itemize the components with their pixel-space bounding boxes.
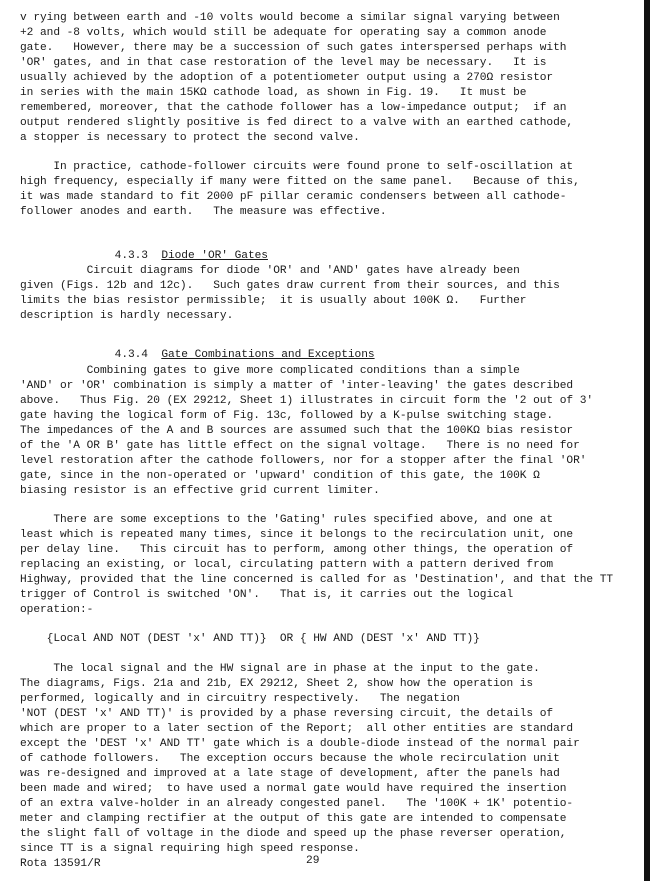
text-line: Combining gates to give more complicated…: [20, 364, 520, 379]
text-line: biasing resistor is an effective grid cu…: [20, 484, 380, 499]
document-reference: Rota 13591/R: [20, 858, 101, 870]
text-line: of the 'A OR B' gate has little effect o…: [20, 439, 580, 454]
text-line: in series with the main 15KΩ cathode loa…: [20, 86, 526, 101]
text-line: 'NOT (DEST 'x' AND TT)' is provided by a…: [20, 707, 553, 722]
text-line: output rendered slightly positive is fed…: [20, 116, 573, 131]
text-line: In practice, cathode-follower circuits w…: [20, 160, 573, 175]
text-line: least which is repeated many times, sinc…: [20, 528, 573, 543]
text-line: follower anodes and earth. The measure w…: [20, 205, 387, 220]
scan-edge: [644, 0, 650, 881]
page-number: 29: [306, 855, 319, 867]
text-line: usually achieved by the adoption of a po…: [20, 71, 553, 86]
text-line: which are proper to a later section of t…: [20, 722, 573, 737]
text-line: a stopper is necessary to protect the se…: [20, 131, 360, 146]
text-line: per delay line. This circuit has to perf…: [20, 543, 573, 558]
text-line: level restoration after the cathode foll…: [20, 454, 586, 469]
text-line: trigger of Control is switched 'ON'. Tha…: [20, 588, 513, 603]
text-line: Highway, provided that the line concerne…: [20, 573, 613, 588]
text-line: v rying between earth and -10 volts woul…: [20, 11, 560, 26]
text-line: given (Figs. 12b and 12c). Such gates dr…: [20, 279, 560, 294]
text-line: The local signal and the HW signal are i…: [20, 662, 540, 677]
text-line: above. Thus Fig. 20 (EX 29212, Sheet 1) …: [20, 394, 593, 409]
text-line: Circuit diagrams for diode 'OR' and 'AND…: [20, 264, 520, 279]
section-number: 4.3.3: [115, 250, 148, 262]
text-line: gate. However, there may be a succession…: [20, 41, 566, 56]
text-line: gate, since in the non-operated or 'upwa…: [20, 469, 540, 484]
text-line: remembered, moreover, that the cathode f…: [20, 101, 566, 116]
text-line: was re-designed and improved at a late s…: [20, 767, 560, 782]
text-line: 'OR' gates, and in that case restoration…: [20, 56, 546, 71]
text-line: replacing an existing, or local, circula…: [20, 558, 553, 573]
text-line: The impedances of the A and B sources ar…: [20, 424, 573, 439]
text-line: +2 and -8 volts, which would still be ad…: [20, 26, 546, 41]
section-title: Gate Combinations and Exceptions: [161, 349, 374, 361]
document-page: v rying between earth and -10 volts woul…: [0, 0, 650, 881]
text-line: it was made standard to fit 2000 pF pill…: [20, 190, 566, 205]
text-line: meter and clamping rectifier at the outp…: [20, 812, 566, 827]
text-line: limits the bias resistor permissible; it…: [20, 294, 526, 309]
text-line: The diagrams, Figs. 21a and 21b, EX 2921…: [20, 677, 533, 692]
text-line: the slight fall of voltage in the diode …: [20, 827, 566, 842]
text-line: been made and wired; to have used a norm…: [20, 782, 566, 797]
text-line: except the 'DEST 'x' AND TT' gate which …: [20, 737, 580, 752]
text-line: operation:-: [20, 603, 93, 618]
section-number: 4.3.4: [115, 349, 148, 361]
text-line: 'AND' or 'OR' combination is simply a ma…: [20, 379, 573, 394]
text-line: gate having the logical form of Fig. 13c…: [20, 409, 553, 424]
logic-expression: {Local AND NOT (DEST 'x' AND TT)} OR { H…: [20, 632, 480, 647]
text-line: high frequency, especially if many were …: [20, 175, 580, 190]
text-line: of cathode followers. The exception occu…: [20, 752, 560, 767]
text-line: of an extra valve-holder in an already c…: [20, 797, 573, 812]
section-title: Diode 'OR' Gates: [161, 250, 268, 262]
text-line: There are some exceptions to the 'Gating…: [20, 513, 553, 528]
text-line: performed, logically and in circuitry re…: [20, 692, 460, 707]
text-line: description is hardly necessary.: [20, 309, 233, 324]
